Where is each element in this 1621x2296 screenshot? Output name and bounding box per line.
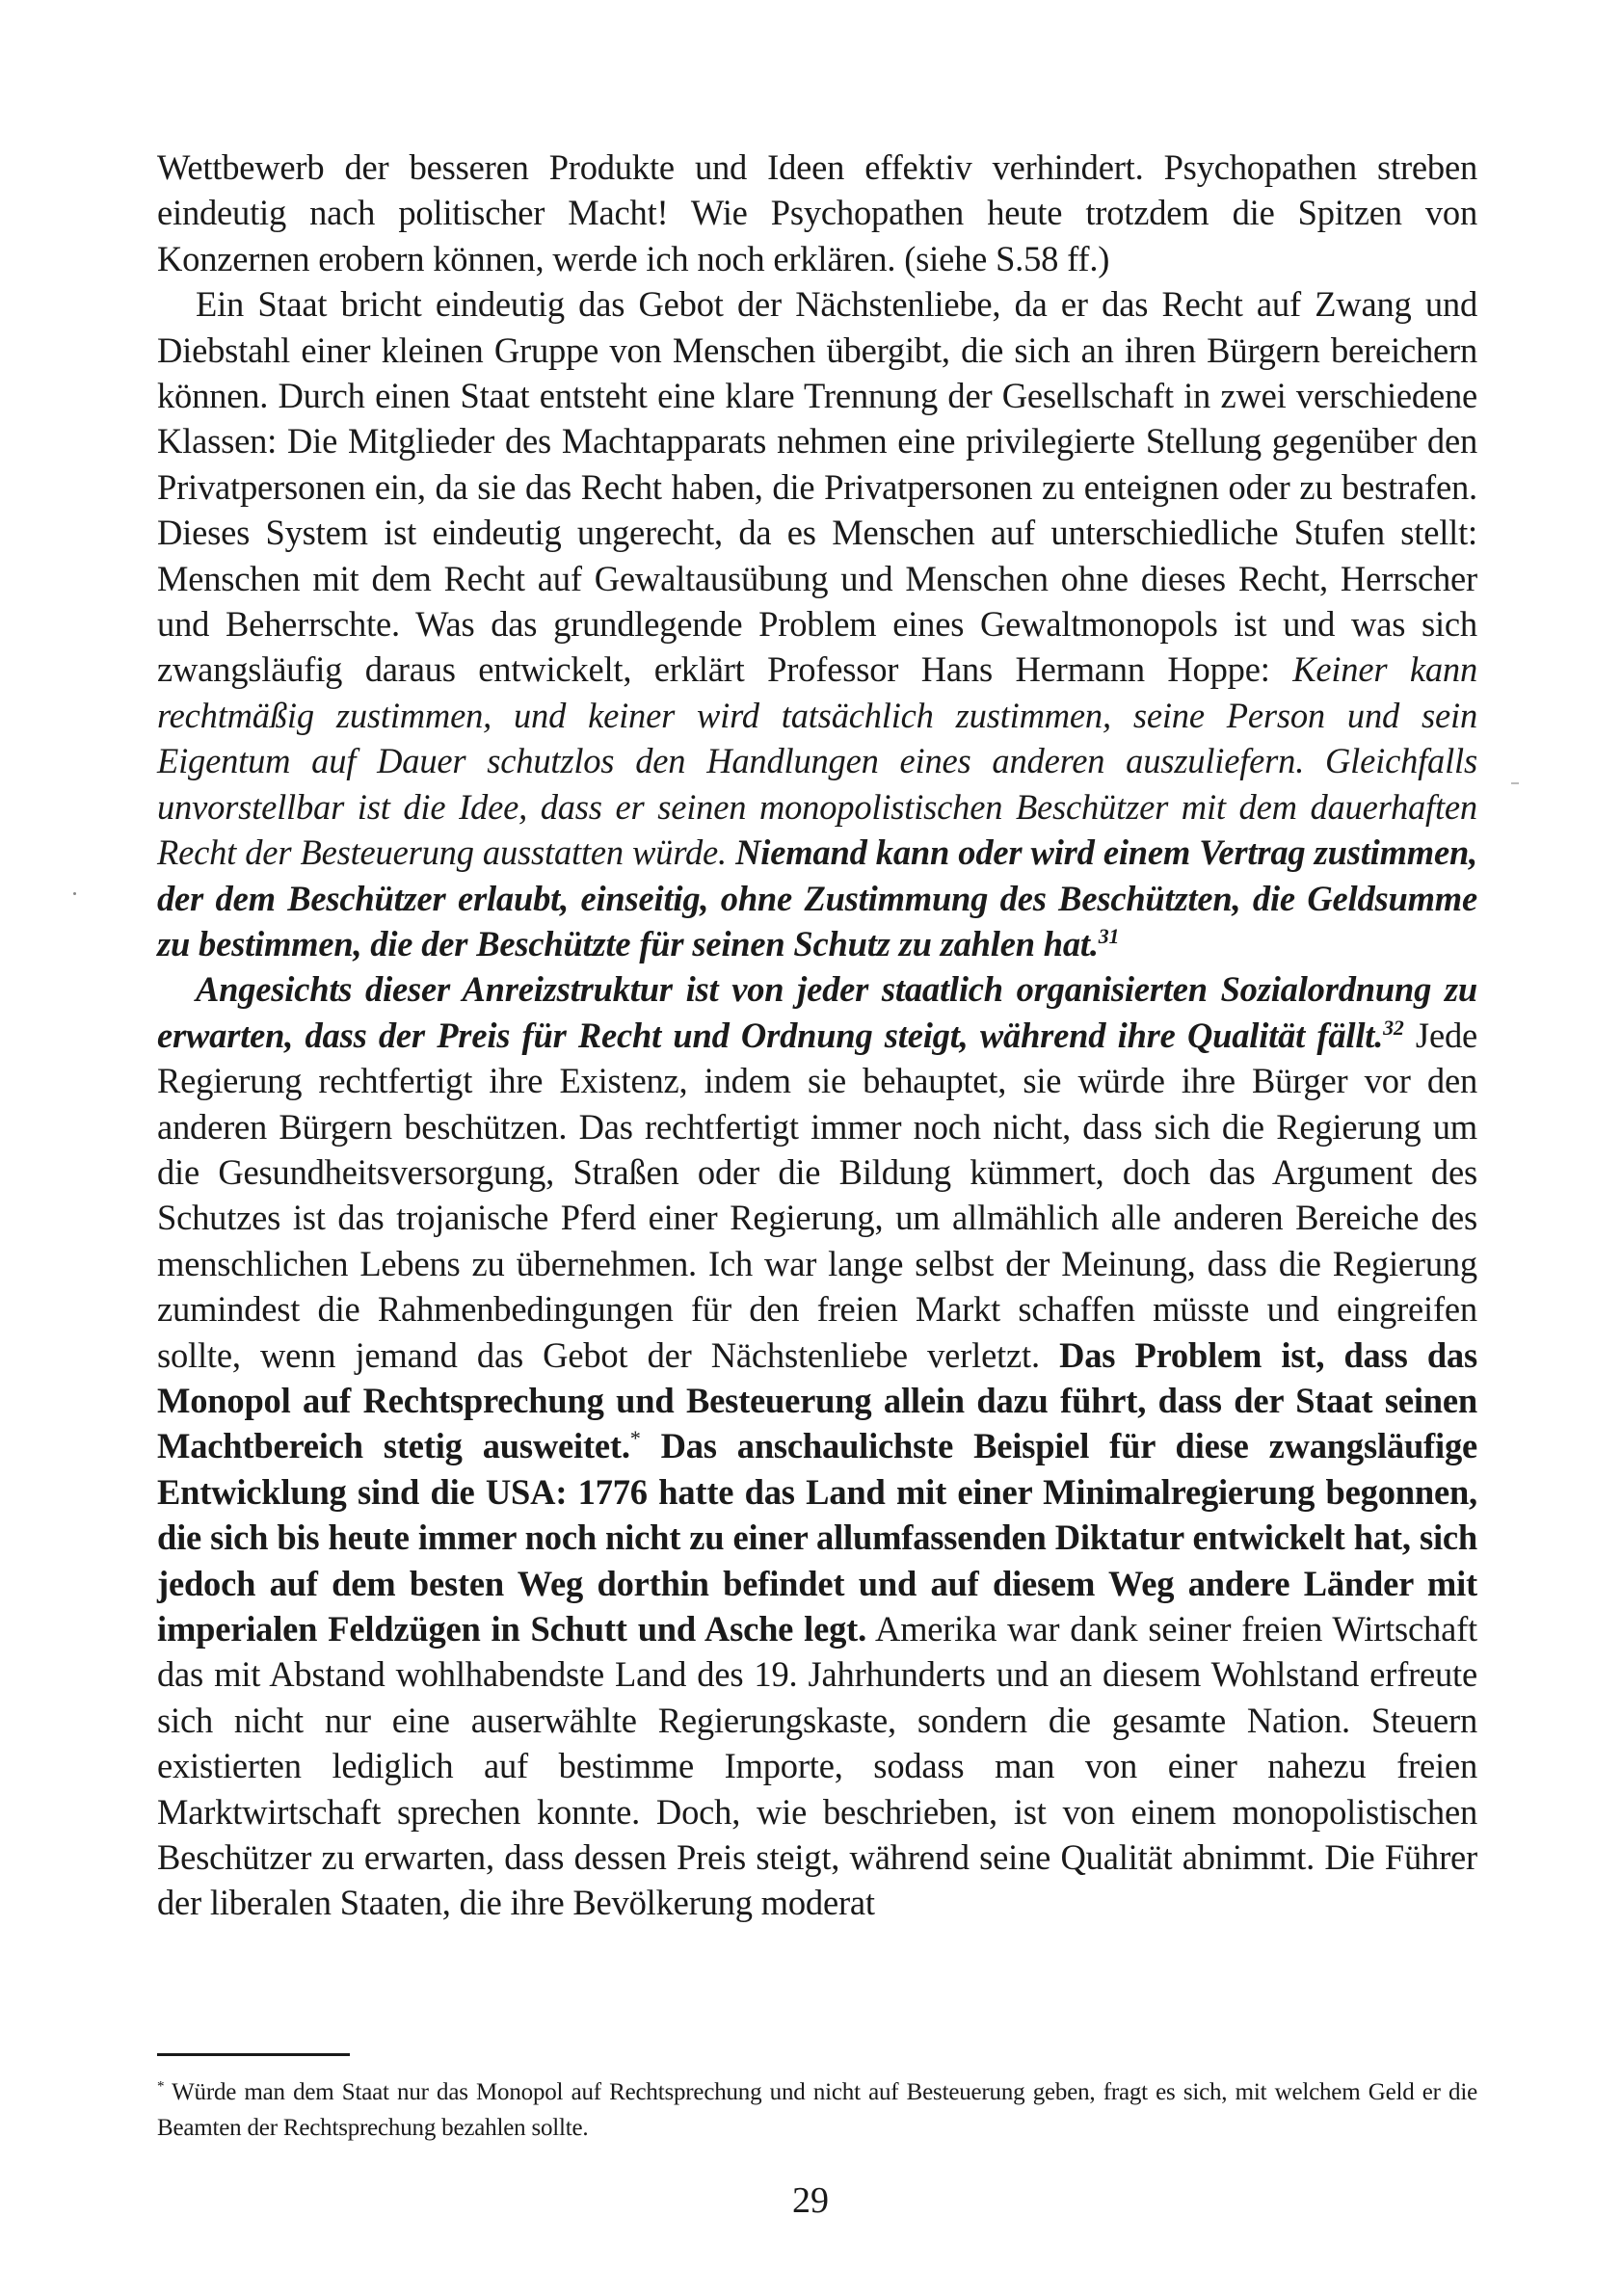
text-segment: Ein Staat bricht eindeutig das Gebot der… — [157, 284, 1477, 689]
text-segment: Jede Regierung rechtfertigt ihre Existen… — [157, 1016, 1477, 1375]
page-number: 29 — [0, 2179, 1621, 2222]
footnote-ref-asterisk: * — [630, 1426, 641, 1450]
scan-speck — [1511, 782, 1519, 784]
book-page: Wettbewerb der besseren Produkte und Ide… — [157, 145, 1477, 1926]
footnote-divider — [157, 2053, 350, 2056]
footnote: * Würde man dem Staat nur das Monopol au… — [157, 2074, 1477, 2146]
paragraph-2: Ein Staat bricht eindeutig das Gebot der… — [157, 281, 1477, 966]
text-segment: Amerika war dank seiner freien Wirtschaf… — [157, 1609, 1477, 1922]
paragraph-3: Angesichts dieser Anreizstruktur ist von… — [157, 966, 1477, 1926]
body-text: Wettbewerb der besseren Produkte und Ide… — [157, 145, 1477, 1926]
footnote-ref-32: 32 — [1383, 1016, 1404, 1040]
footnotes: * Würde man dem Staat nur das Monopol au… — [157, 2074, 1477, 2146]
text-segment: Wettbewerb der besseren Produkte und Ide… — [157, 147, 1477, 278]
paragraph-1: Wettbewerb der besseren Produkte und Ide… — [157, 145, 1477, 281]
quote-bold-italic: Angesichts dieser Anreizstruktur ist von… — [157, 969, 1477, 1054]
scan-speck — [73, 892, 76, 895]
footnote-ref-31: 31 — [1099, 924, 1120, 948]
footnote-text: Würde man dem Staat nur das Monopol auf … — [157, 2079, 1477, 2141]
